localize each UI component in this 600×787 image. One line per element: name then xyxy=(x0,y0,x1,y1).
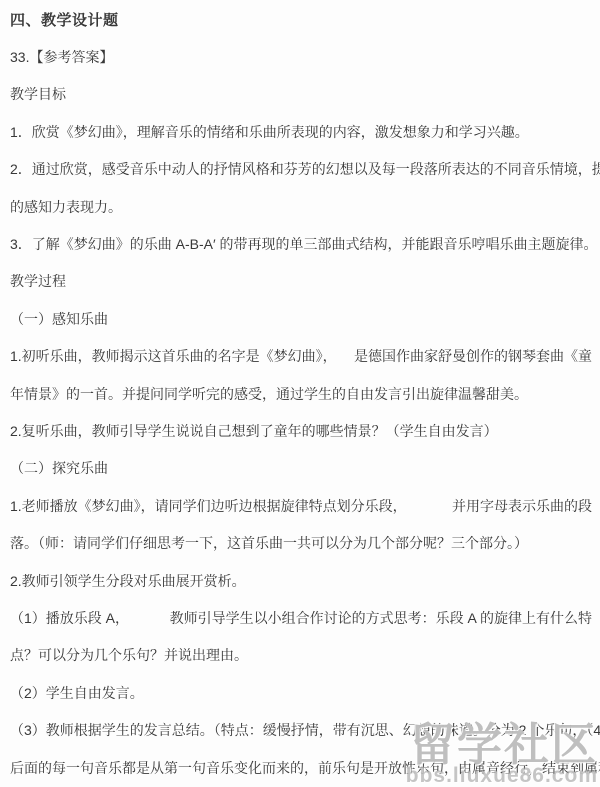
teaching-process-heading: 教学过程 xyxy=(10,263,592,300)
subsection-heading: （二）探究乐曲 xyxy=(10,450,592,487)
text-line: 落。（师：请同学们仔细思考一下，这首乐曲一共可以分为几个部分呢？三个部分。） xyxy=(10,524,592,561)
section-heading: 四、教学设计题 xyxy=(10,1,592,38)
text-line: 点？可以分为几个乐句？并说出理由。 xyxy=(10,637,592,674)
text-line: 1．欣赏《梦幻曲》，理解音乐的情绪和乐曲所表现的内容，激发想象力和学习兴趣。 xyxy=(10,113,592,150)
text-line: 1.初听乐曲，教师揭示这首乐曲的名字是《梦幻曲》， 是德国作曲家舒曼创作的钢琴套… xyxy=(10,338,592,375)
text-line: 后面的每一句音乐都是从第一句音乐变化而来的，前乐句是开放性乐句，由属音经行，结束… xyxy=(10,749,592,786)
text-line: 的感知力表现力。 xyxy=(10,188,592,225)
text-line: 1.老师播放《梦幻曲》，请同学们边听边根据旋律特点划分乐段， 并用字母表示乐曲的… xyxy=(10,487,592,524)
answer-label-line: 33.【参考答案】 xyxy=(10,38,592,75)
teaching-goal-heading: 教学目标 xyxy=(10,76,592,113)
text-line: （1）播放乐段 A， 教师引导学生以小组合作讨论的方式思考：乐段 A 的旋律上有… xyxy=(10,599,592,636)
text-segment: 教师引导学生以小组合作讨论的方式思考：乐段 A 的旋律上有什么特 xyxy=(170,608,592,628)
answer-document: 四、教学设计题 33.【参考答案】 教学目标 1．欣赏《梦幻曲》，理解音乐的情绪… xyxy=(0,0,600,787)
text-segment: 是德国作曲家舒曼创作的钢琴套曲《童 xyxy=(354,346,592,366)
text-line: 年情景》的一首。并提问同学听完的感受，通过学生的自由发言引出旋律温馨甜美。 xyxy=(10,375,592,412)
text-segment: （1）播放乐段 A， xyxy=(10,608,129,628)
text-line: 3．了解《梦幻曲》的乐曲 A-B-A′ 的带再现的单三部曲式结构，并能跟音乐哼唱… xyxy=(10,225,592,262)
text-segment: 1.老师播放《梦幻曲》，请同学们边听边根据旋律特点划分乐段， xyxy=(10,496,407,516)
text-line: 2.教师引领学生分段对乐曲展开赏析。 xyxy=(10,562,592,599)
text-segment: 1.初听乐曲，教师揭示这首乐曲的名字是《梦幻曲》， xyxy=(10,346,337,366)
subsection-heading: （一）感知乐曲 xyxy=(10,300,592,337)
text-line: （3）教师根据学生的发言总结。（特点：缓慢抒情，带有沉思、幻想的味道。分为 2 … xyxy=(10,711,592,748)
text-segment: 并用字母表示乐曲的段 xyxy=(452,496,592,516)
text-line: 2．通过欣赏，感受音乐中动人的抒情风格和芬芳的幻想以及每一段落所表达的不同音乐情… xyxy=(10,151,592,188)
text-line: （2）学生自由发言。 xyxy=(10,674,592,711)
text-line: 2.复听乐曲，教师引导学生说说自己想到了童年的哪些情景？（学生自由发言） xyxy=(10,412,592,449)
